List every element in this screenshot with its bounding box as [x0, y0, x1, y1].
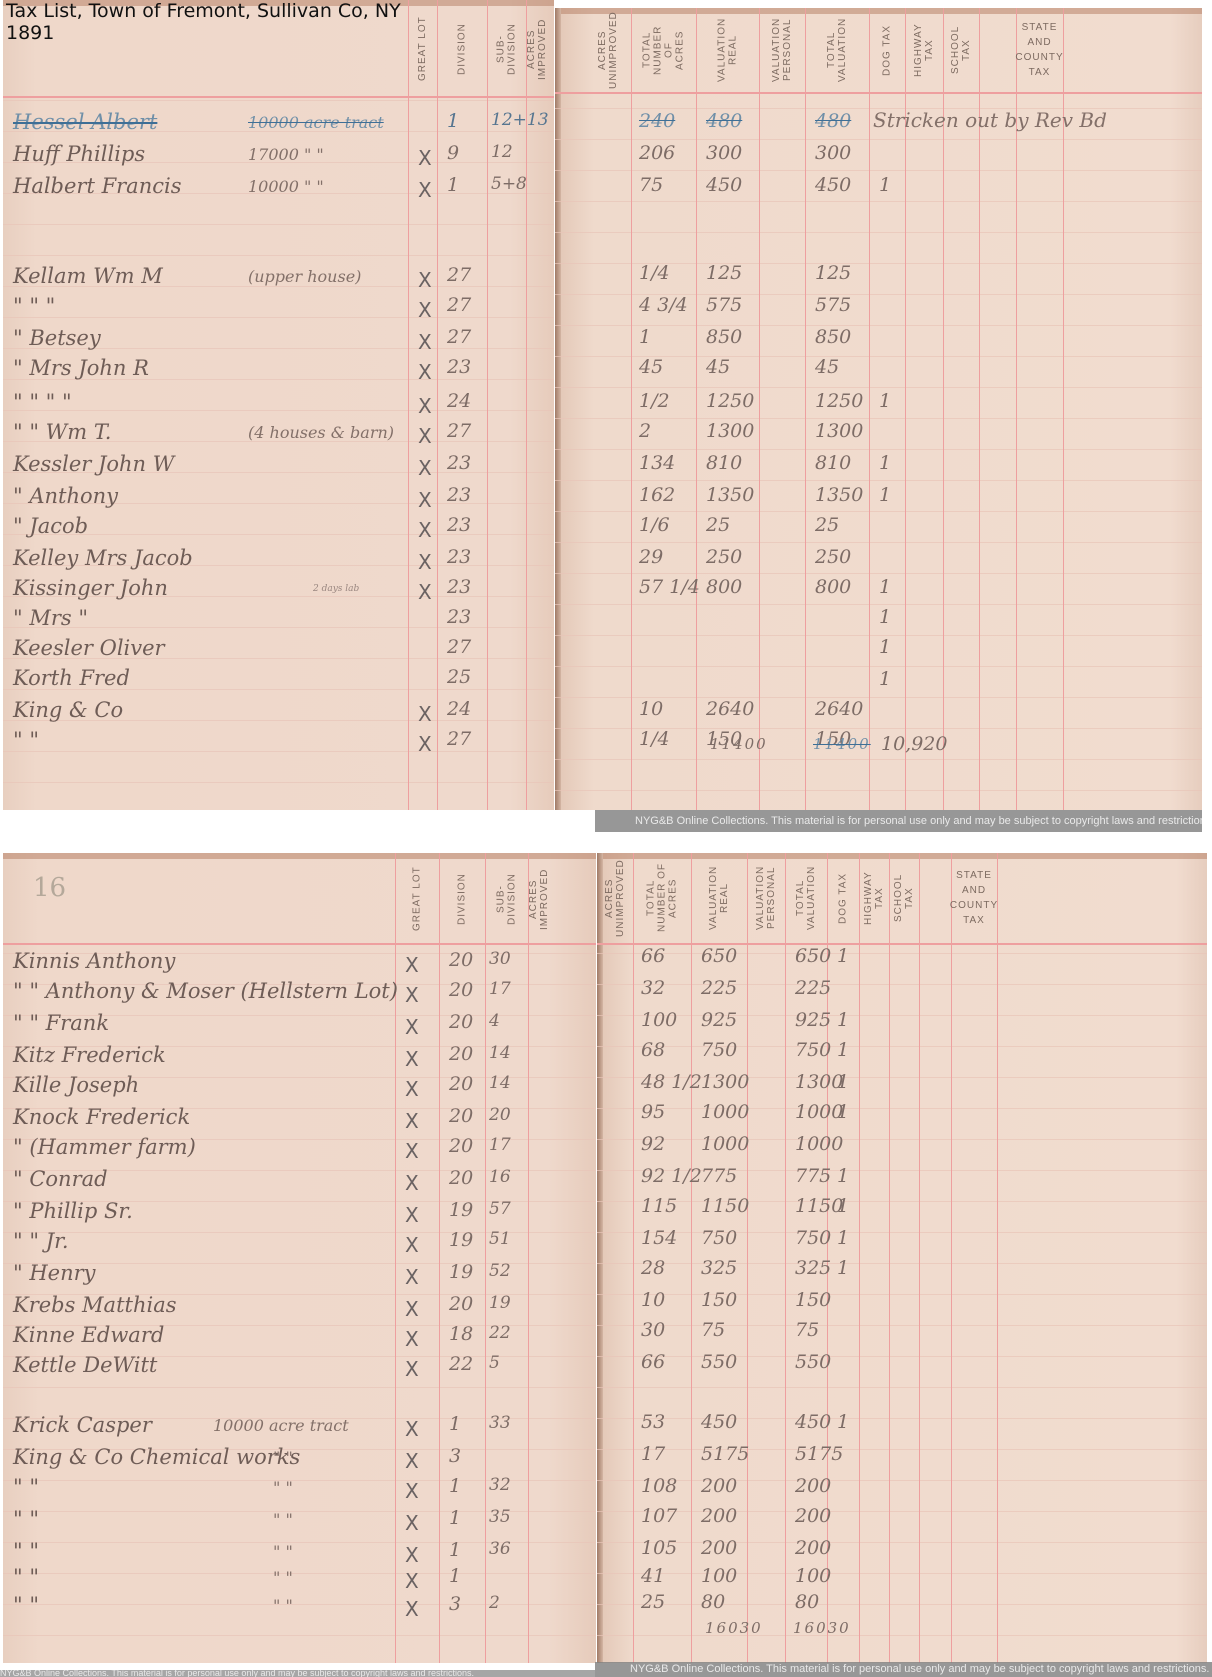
great-lot-mark: X — [418, 518, 432, 542]
column-header-valuation-personal: VALUATION PERSONAL — [759, 16, 805, 84]
total-valuation-value: 300 — [815, 142, 851, 164]
total-acres-value: 1/4 — [639, 262, 670, 284]
valuation-real-value: 25 — [706, 514, 730, 536]
total-valuation-sum: 16030 — [793, 1619, 851, 1637]
valuation-real-value: 850 — [706, 326, 742, 348]
total-acres-value: 108 — [641, 1475, 677, 1497]
ruled-line — [555, 139, 1202, 140]
column-rule — [395, 853, 396, 1663]
ruled-line — [597, 1263, 1207, 1264]
great-lot-mark: X — [418, 732, 432, 756]
column-rule — [997, 853, 998, 1663]
watermark-spread1: NYG&B Online Collections. This material … — [595, 810, 1202, 832]
owner-name: " " Jr. — [13, 1229, 69, 1253]
column-header-sub-division: SUB-DIVISION — [487, 10, 526, 88]
great-lot-mark: X — [405, 983, 419, 1007]
total-valuation-value: 850 — [815, 326, 851, 348]
valuation-real-value: 750 — [701, 1227, 737, 1249]
great-lot-mark: X — [405, 1417, 419, 1441]
total-acres-value: 92 — [641, 1133, 665, 1155]
total-valuation-value: 2640 — [815, 698, 863, 720]
column-rule — [889, 853, 890, 1663]
valuation-real-value: 775 — [701, 1165, 737, 1187]
dog-tax-value: 1 — [879, 484, 891, 506]
total-valuation-value: 1350 — [815, 484, 863, 506]
sub-division-value: 32 — [489, 1475, 511, 1495]
ruled-line — [3, 100, 554, 101]
division-value: 3 — [449, 1445, 461, 1467]
column-rule — [919, 853, 920, 1663]
dog-tax-value: 1 — [837, 1227, 849, 1249]
total-acres-value: 68 — [641, 1039, 665, 1061]
total-valuation-value: 325 — [795, 1257, 831, 1279]
total-valuation-value: 150 — [795, 1289, 831, 1311]
owner-name: " Phillip Sr. — [13, 1199, 133, 1223]
column-rule — [408, 0, 409, 810]
page-number: 16 — [33, 873, 66, 903]
total-acres-value: 75 — [639, 174, 663, 196]
great-lot-mark: X — [418, 360, 432, 384]
total-acres-value: 10 — [641, 1289, 665, 1311]
valuation-real-value: 45 — [706, 356, 730, 378]
total-valuation-value: 575 — [815, 294, 851, 316]
ruled-line — [3, 224, 554, 225]
watermark-spread2-right: NYG&B Online Collections. This material … — [595, 1662, 1212, 1677]
total-acres-value: 100 — [641, 1009, 677, 1031]
owner-name: " " Wm T. — [13, 420, 111, 444]
spread1-left-page: GREAT LOTDIVISIONSUB-DIVISIONACRES IMPRO… — [3, 0, 554, 810]
valuation-real-value: 225 — [701, 977, 737, 999]
division-value: 1 — [449, 1413, 461, 1435]
total-valuation-value: 250 — [815, 546, 851, 568]
division-value: 20 — [449, 1167, 473, 1189]
dog-tax-value: 1 — [837, 945, 849, 967]
watermark-spread2-left: NYG&B Online Collections. This material … — [0, 1670, 595, 1677]
ruled-line — [555, 480, 1202, 481]
dog-tax-value: 1 — [837, 1009, 849, 1031]
owner-note: " " — [273, 1568, 293, 1587]
total-valuation-sum: 11400 — [813, 735, 871, 753]
ruled-line — [555, 666, 1202, 667]
total-acres-value: 162 — [639, 484, 675, 506]
total-acres-value: 95 — [641, 1101, 665, 1123]
ruled-line — [597, 1635, 1207, 1636]
valuation-real-value: 925 — [701, 1009, 737, 1031]
great-lot-mark: X — [418, 550, 432, 574]
column-header-division: DIVISION — [437, 10, 487, 88]
owner-note: (4 houses & barn) — [248, 423, 394, 442]
valuation-real-value: 80 — [701, 1591, 725, 1613]
division-value: 18 — [449, 1323, 473, 1345]
sub-division-value: 16 — [489, 1167, 511, 1187]
ruled-line — [555, 325, 1202, 326]
total-valuation-value: 1000 — [795, 1133, 843, 1155]
great-lot-mark: X — [405, 1511, 419, 1535]
ruled-line — [555, 511, 1202, 512]
valuation-real-value: 300 — [706, 142, 742, 164]
valuation-real-value: 575 — [706, 294, 742, 316]
valuation-real-value: 325 — [701, 1257, 737, 1279]
valuation-real-value: 100 — [701, 1565, 737, 1587]
ruled-line — [3, 751, 554, 752]
total-valuation-value: 925 — [795, 1009, 831, 1031]
owner-name: Kille Joseph — [13, 1073, 139, 1097]
owner-name: " " — [13, 1539, 39, 1563]
total-valuation-value: 1250 — [815, 390, 863, 412]
ruled-line — [597, 1232, 1207, 1233]
sub-division-value: 14 — [489, 1043, 511, 1063]
dog-tax-value: 1 — [879, 174, 891, 196]
valuation-real-value: 480 — [706, 110, 742, 132]
owner-name: " " — [13, 1475, 39, 1499]
owner-name: " Jacob — [13, 514, 88, 538]
division-value: 27 — [447, 326, 471, 348]
division-value: 23 — [447, 576, 471, 598]
ruled-line — [597, 1201, 1207, 1202]
valuation-real-value: 200 — [701, 1475, 737, 1497]
total-valuation-value: 25 — [815, 514, 839, 536]
owner-note: (upper house) — [248, 267, 361, 286]
sub-division-value: 17 — [489, 979, 511, 999]
ruled-line — [555, 759, 1202, 760]
header-rule — [3, 943, 596, 945]
great-lot-mark: X — [405, 1297, 419, 1321]
total-acres-value: 2 — [639, 420, 651, 442]
total-acres-value: 105 — [641, 1537, 677, 1559]
owner-name: " (Hammer farm) — [13, 1135, 196, 1159]
great-lot-mark: X — [405, 1047, 419, 1071]
column-header-school-tax: SCHOOL TAX — [943, 16, 979, 84]
sub-division-value: 36 — [489, 1539, 511, 1559]
total-valuation-value: 480 — [815, 110, 851, 132]
header-rule — [597, 943, 1207, 945]
remark: Stricken out by Rev Bd — [873, 108, 1107, 132]
division-value: 24 — [447, 698, 471, 720]
division-value: 20 — [449, 1105, 473, 1127]
ruled-line — [555, 542, 1202, 543]
valuation-real-value: 1300 — [706, 420, 754, 442]
sub-division-value: 20 — [489, 1105, 511, 1125]
ruled-line — [555, 418, 1202, 419]
total-acres-value: 29 — [639, 546, 663, 568]
sub-division-value: 51 — [489, 1229, 511, 1249]
sub-division-value: 52 — [489, 1261, 511, 1281]
division-value: 19 — [449, 1261, 473, 1283]
caption-year: 1891 — [6, 22, 401, 44]
division-value: 27 — [447, 728, 471, 750]
owner-name: " Anthony — [13, 484, 118, 508]
ruled-line — [597, 984, 1207, 985]
dog-tax-value: 1 — [879, 390, 891, 412]
great-lot-mark: X — [418, 424, 432, 448]
column-header-sub-division: SUB-DIVISION — [485, 863, 528, 935]
column-header-highway-tax: HIGHWAY TAX — [905, 16, 943, 84]
owner-name: " " — [13, 728, 39, 752]
total-valuation-value: 200 — [795, 1537, 831, 1559]
division-value: 20 — [449, 979, 473, 1001]
owner-name: Kinnis Anthony — [13, 949, 175, 973]
total-acres-value: 1/6 — [639, 514, 670, 536]
ruled-line — [3, 1635, 596, 1636]
ruled-line — [555, 232, 1202, 233]
ruled-line — [597, 1480, 1207, 1481]
total-acres-value: 1/2 — [639, 390, 670, 412]
great-lot-mark: X — [405, 1203, 419, 1227]
division-value: 1 — [447, 174, 459, 196]
column-rule — [485, 853, 486, 1663]
division-value: 1 — [449, 1507, 461, 1529]
total-acres-value: 53 — [641, 1411, 665, 1433]
division-value: 19 — [449, 1229, 473, 1251]
owner-name: Huff Phillips — [13, 142, 145, 166]
total-acres-value: 1/4 — [639, 728, 670, 750]
total-acres-value: 32 — [641, 977, 665, 999]
owner-name: " " — [13, 1507, 39, 1531]
total-valuation-value: 650 — [795, 945, 831, 967]
ruled-line — [597, 1325, 1207, 1326]
total-valuation-real: 11400 — [710, 735, 768, 753]
great-lot-mark: X — [418, 394, 432, 418]
column-header-dog-tax: DOG TAX — [827, 861, 859, 935]
total-valuation-value: 80 — [795, 1591, 819, 1613]
sub-division-value: 19 — [489, 1293, 511, 1313]
sub-division-value: 2 — [489, 1593, 500, 1613]
total-valuation-value: 750 — [795, 1039, 831, 1061]
division-value: 23 — [447, 484, 471, 506]
ruled-line — [3, 255, 554, 256]
valuation-real-value: 1150 — [701, 1195, 749, 1217]
valuation-real-value: 150 — [701, 1289, 737, 1311]
owner-name: " " " — [13, 294, 55, 318]
valuation-real-value: 125 — [706, 262, 742, 284]
total-valuation-value: 100 — [795, 1565, 831, 1587]
owner-name: King & Co Chemical works — [13, 1445, 300, 1469]
dog-tax-value: 1 — [879, 636, 891, 658]
valuation-real-value: 200 — [701, 1537, 737, 1559]
great-lot-mark: X — [418, 488, 432, 512]
ruled-line — [555, 387, 1202, 388]
spread2-left-page: GREAT LOTDIVISIONSUB-DIVISIONACRES IMPRO… — [3, 853, 596, 1663]
division-value: 23 — [447, 452, 471, 474]
owner-name: Kelley Mrs Jacob — [13, 546, 193, 570]
ruled-line — [597, 1542, 1207, 1543]
column-header-division: DIVISION — [439, 863, 485, 935]
column-header-valuation-personal: VALUATION PERSONAL — [747, 861, 785, 935]
great-lot-mark: X — [405, 1327, 419, 1351]
sub-division-value: 4 — [489, 1011, 500, 1031]
division-value: 23 — [447, 606, 471, 628]
ruled-line — [3, 782, 554, 783]
page-top-edge — [3, 853, 596, 859]
ruled-line — [555, 573, 1202, 574]
ruled-line — [3, 317, 554, 318]
total-valuation-value: 200 — [795, 1475, 831, 1497]
sub-division-value: 22 — [489, 1323, 511, 1343]
great-lot-mark: X — [405, 1357, 419, 1381]
dog-tax-value: 1 — [837, 1101, 849, 1123]
owner-note: " " — [273, 1596, 293, 1615]
sub-division-value: 33 — [489, 1413, 511, 1433]
total-acres-value: 17 — [641, 1443, 665, 1465]
ruled-line — [597, 1294, 1207, 1295]
division-value: 22 — [449, 1353, 473, 1375]
owner-name: " Mrs " — [13, 606, 88, 630]
column-rule — [747, 853, 748, 1663]
owner-name: " " Anthony & Moser (Hellstern Lot) — [13, 979, 398, 1003]
owner-name: " Conrad — [13, 1167, 108, 1191]
great-lot-mark: X — [405, 1479, 419, 1503]
division-value: 25 — [447, 666, 471, 688]
valuation-real-value: 450 — [706, 174, 742, 196]
owner-note: 17000 " " — [248, 145, 324, 164]
division-value: 27 — [447, 264, 471, 286]
great-lot-mark: X — [405, 1139, 419, 1163]
division-value: 20 — [449, 1073, 473, 1095]
total-valuation-value: 45 — [815, 356, 839, 378]
ruled-line — [597, 1015, 1207, 1016]
owner-name: Hessel Albert — [13, 110, 157, 134]
column-header-total-acres: TOTAL NUMBER OF ACRES — [633, 861, 691, 935]
division-value: 1 — [449, 1475, 461, 1497]
dog-tax-value: 1 — [837, 1195, 849, 1217]
column-rule — [859, 853, 860, 1663]
owner-name: King & Co — [13, 698, 123, 722]
great-lot-mark: X — [405, 1077, 419, 1101]
total-acres-value: 57 1/4 — [639, 576, 700, 598]
column-header-acres-improved: ACRES IMPROVED — [528, 863, 550, 935]
division-value: 19 — [449, 1199, 473, 1221]
caption-title: Tax List, Town of Fremont, Sullivan Co, … — [6, 0, 401, 22]
dog-tax-value: 1 — [837, 1071, 849, 1093]
sub-division-value: 17 — [489, 1135, 511, 1155]
division-value: 20 — [449, 949, 473, 971]
ruled-line — [597, 1511, 1207, 1512]
column-header-total-valuation: TOTAL VALUATION — [785, 861, 827, 935]
owner-name: Kettle DeWitt — [13, 1353, 157, 1377]
total-valuation-value: 450 — [815, 174, 851, 196]
great-lot-mark: X — [405, 1233, 419, 1257]
caption: Tax List, Town of Fremont, Sullivan Co, … — [6, 0, 401, 44]
total-acres-value: 25 — [641, 1591, 665, 1613]
great-lot-mark: X — [418, 298, 432, 322]
valuation-real-value: 75 — [701, 1319, 725, 1341]
total-valuation-value: 5175 — [795, 1443, 843, 1465]
great-lot-mark: X — [405, 1109, 419, 1133]
total-valuation-value: 800 — [815, 576, 851, 598]
dog-tax-value: 1 — [879, 576, 891, 598]
dog-tax-value: 1 — [879, 668, 891, 690]
owner-name: " " Frank — [13, 1011, 109, 1035]
ruled-line — [555, 449, 1202, 450]
column-rule — [691, 853, 692, 1663]
valuation-real-value: 1350 — [706, 484, 754, 506]
division-value: 27 — [447, 294, 471, 316]
valuation-real-value: 2640 — [706, 698, 754, 720]
valuation-real-value: 800 — [706, 576, 742, 598]
owner-name: " " — [13, 1593, 39, 1617]
great-lot-mark: X — [405, 1171, 419, 1195]
valuation-real-value: 5175 — [701, 1443, 749, 1465]
valuation-real-value: 650 — [701, 945, 737, 967]
column-header-state-county-tax: STATE AND COUNTY TAX — [951, 868, 997, 928]
column-header-great-lot: GREAT LOT — [408, 10, 437, 88]
column-header-total-acres: TOTAL NUMBER OF ACRES — [631, 16, 696, 84]
total-acres-value: 66 — [641, 1351, 665, 1373]
owner-name: Knock Frederick — [13, 1105, 190, 1129]
owner-note: " " — [273, 1510, 293, 1529]
ruled-line — [597, 1139, 1207, 1140]
division-value: 20 — [449, 1011, 473, 1033]
total-acres-value: 107 — [641, 1505, 677, 1527]
ruled-line — [555, 790, 1202, 791]
division-value: 27 — [447, 636, 471, 658]
total-valuation-value: 200 — [795, 1505, 831, 1527]
ruled-line — [597, 953, 1207, 954]
total-valuation-value: 75 — [795, 1319, 819, 1341]
ruled-line — [597, 1573, 1207, 1574]
header-rule — [3, 96, 554, 98]
total-valuation-value: 810 — [815, 452, 851, 474]
owner-name: " Henry — [13, 1261, 96, 1285]
owner-name: Keesler Oliver — [13, 636, 165, 660]
great-lot-mark: X — [418, 330, 432, 354]
total-acres-value: 134 — [639, 452, 675, 474]
column-header-acres-unimproved: ACRES UNIMPROVED — [585, 16, 631, 84]
great-lot-mark: X — [405, 1015, 419, 1039]
great-lot-mark: X — [405, 1543, 419, 1567]
valuation-real-value: 1250 — [706, 390, 754, 412]
sub-division-value: 5 — [489, 1353, 500, 1373]
owner-name: " Betsey — [13, 326, 101, 350]
column-header-great-lot: GREAT LOT — [395, 863, 439, 935]
great-lot-mark: X — [418, 702, 432, 726]
dog-tax-value: 1 — [837, 1411, 849, 1433]
division-value: 24 — [447, 390, 471, 412]
book-spine — [555, 8, 561, 810]
owner-name: " " — [13, 1565, 39, 1589]
sub-division-value: 30 — [489, 949, 511, 969]
valuation-real-value: 1000 — [701, 1101, 749, 1123]
owner-name: Krebs Matthias — [13, 1293, 177, 1317]
owner-note: " " — [273, 1542, 293, 1561]
ruled-line — [597, 1387, 1207, 1388]
column-header-acres-unimproved: ACRES UNIMPROVED — [597, 861, 633, 935]
owner-name: Halbert Francis — [13, 174, 181, 198]
column-rule — [487, 0, 488, 810]
total-acres-value: 92 1/2 — [641, 1165, 702, 1187]
total-valuation-value: 125 — [815, 262, 851, 284]
column-rule — [696, 8, 697, 810]
dog-tax-value: 1 — [837, 1257, 849, 1279]
total-acres-value: 28 — [641, 1257, 665, 1279]
owner-name: " Mrs John R — [13, 356, 149, 380]
great-lot-mark: X — [405, 1569, 419, 1593]
total-valuation-value: 550 — [795, 1351, 831, 1373]
column-rule — [869, 8, 870, 810]
ruled-line — [597, 1356, 1207, 1357]
total-valuation-value: 775 — [795, 1165, 831, 1187]
total-valuation-real: 16030 — [705, 1619, 763, 1637]
total-acres-value: 30 — [641, 1319, 665, 1341]
great-lot-mark: X — [418, 456, 432, 480]
total-acres-value: 1 — [639, 326, 651, 348]
total-valuation-value: 225 — [795, 977, 831, 999]
sub-division-value: 14 — [489, 1073, 511, 1093]
total-acres-value: 41 — [641, 1565, 665, 1587]
owner-name: " " " " — [13, 390, 72, 414]
sub-division-value: 57 — [489, 1199, 511, 1219]
column-header-state-county-tax: STATE AND COUNTY TAX — [1016, 20, 1063, 80]
